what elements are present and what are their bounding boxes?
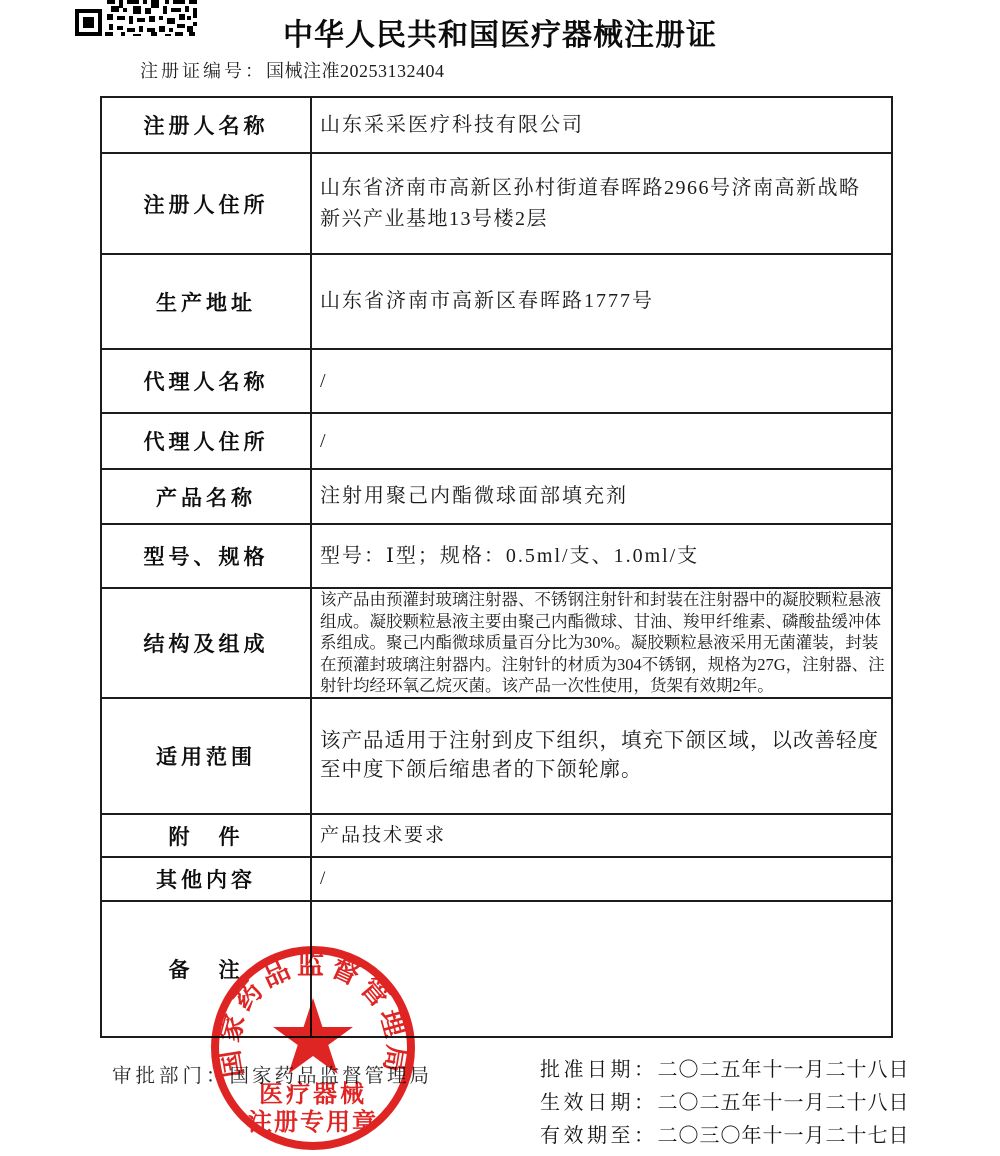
row-value: 型号：Ⅰ型；规格：0.5ml/支、1.0ml/支 [312,525,891,587]
row-value: / [312,414,891,468]
certificate-number-label: 注册证编号： [140,61,266,81]
row-value: 该产品适用于注射到皮下组织，填充下颌区域，以改善轻度至中度下颌后缩患者的下颌轮廓… [312,699,891,813]
table-row-agent-name: 代理人名称 / [102,350,891,414]
star-icon [273,998,353,1074]
row-label: 代理人住所 [102,414,312,468]
row-label: 注册人名称 [102,98,312,152]
stamp-text-line2: 注册专用章 [248,1108,378,1136]
row-label: 附 件 [102,815,312,856]
page-title: 中华人民共和国医疗器械注册证 [0,10,1000,54]
table-row-registrant-address: 注册人住所 山东省济南市高新区孙村街道春晖路2966号济南高新战略新兴产业基地1… [102,154,891,255]
table-row-product-name: 产品名称 注射用聚己内酯微球面部填充剂 [102,470,891,525]
table-row-other-content: 其他内容 / [102,858,891,902]
row-label: 产品名称 [102,470,312,523]
table-row-attachment: 附 件 产品技术要求 [102,815,891,858]
row-value: 注射用聚己内酯微球面部填充剂 [312,470,891,523]
row-label: 注册人住所 [102,154,312,253]
effective-date: 生效日期：二〇二五年十一月二十八日 [540,1087,910,1120]
row-label: 代理人名称 [102,350,312,412]
date-block: 批准日期：二〇二五年十一月二十八日 生效日期：二〇二五年十一月二十八日 有效期至… [540,1054,910,1153]
approval-date-label: 批准日期： [540,1059,658,1081]
certificate-table: 注册人名称 山东采采医疗科技有限公司 注册人住所 山东省济南市高新区孙村街道春晖… [100,96,893,1038]
certificate-number: 注册证编号：国械注准20253132404 [140,57,445,83]
row-value: / [312,350,891,412]
row-value: 产品技术要求 [312,815,891,856]
table-row-structure-composition: 结构及组成 该产品由预灌封玻璃注射器、不锈钢注射针和封装在注射器中的凝胶颗粒悬液… [102,589,891,699]
expiry-date: 有效期至：二〇三〇年十一月二十七日 [540,1120,910,1153]
certificate-number-value: 国械注准20253132404 [266,61,445,81]
effective-date-label: 生效日期： [540,1092,658,1114]
approval-date: 批准日期：二〇二五年十一月二十八日 [540,1054,910,1087]
expiry-date-label: 有效期至： [540,1125,658,1147]
row-label: 结构及组成 [102,589,312,697]
expiry-date-value: 二〇三〇年十一月二十七日 [658,1125,910,1147]
row-value: 山东省济南市高新区孙村街道春晖路2966号济南高新战略新兴产业基地13号楼2层 [312,154,891,253]
row-value: / [312,858,891,900]
certificate-page: 中华人民共和国医疗器械注册证 注册证编号：国械注准20253132404 注册人… [0,0,1000,1156]
row-label: 生产地址 [102,255,312,348]
effective-date-value: 二〇二五年十一月二十八日 [658,1092,910,1114]
row-label: 其他内容 [102,858,312,900]
approval-date-value: 二〇二五年十一月二十八日 [658,1059,910,1081]
table-row-registrant-name: 注册人名称 山东采采医疗科技有限公司 [102,98,891,154]
row-value: 山东采采医疗科技有限公司 [312,98,891,152]
table-row-intended-use: 适用范围 该产品适用于注射到皮下组织，填充下颌区域，以改善轻度至中度下颌后缩患者… [102,699,891,815]
table-row-model-spec: 型号、规格 型号：Ⅰ型；规格：0.5ml/支、1.0ml/支 [102,525,891,589]
row-label: 型号、规格 [102,525,312,587]
stamp-text-line1: 医疗器械 [259,1081,367,1108]
official-stamp: 国家药品监督管理局 医疗器械 注册专用章 [201,936,425,1156]
row-value: 山东省济南市高新区春晖路1777号 [312,255,891,348]
row-value: 该产品由预灌封玻璃注射器、不锈钢注射针和封装在注射器中的凝胶颗粒悬液组成。凝胶颗… [312,589,891,697]
row-label: 适用范围 [102,699,312,813]
table-row-agent-address: 代理人住所 / [102,414,891,470]
table-row-production-address: 生产地址 山东省济南市高新区春晖路1777号 [102,255,891,350]
